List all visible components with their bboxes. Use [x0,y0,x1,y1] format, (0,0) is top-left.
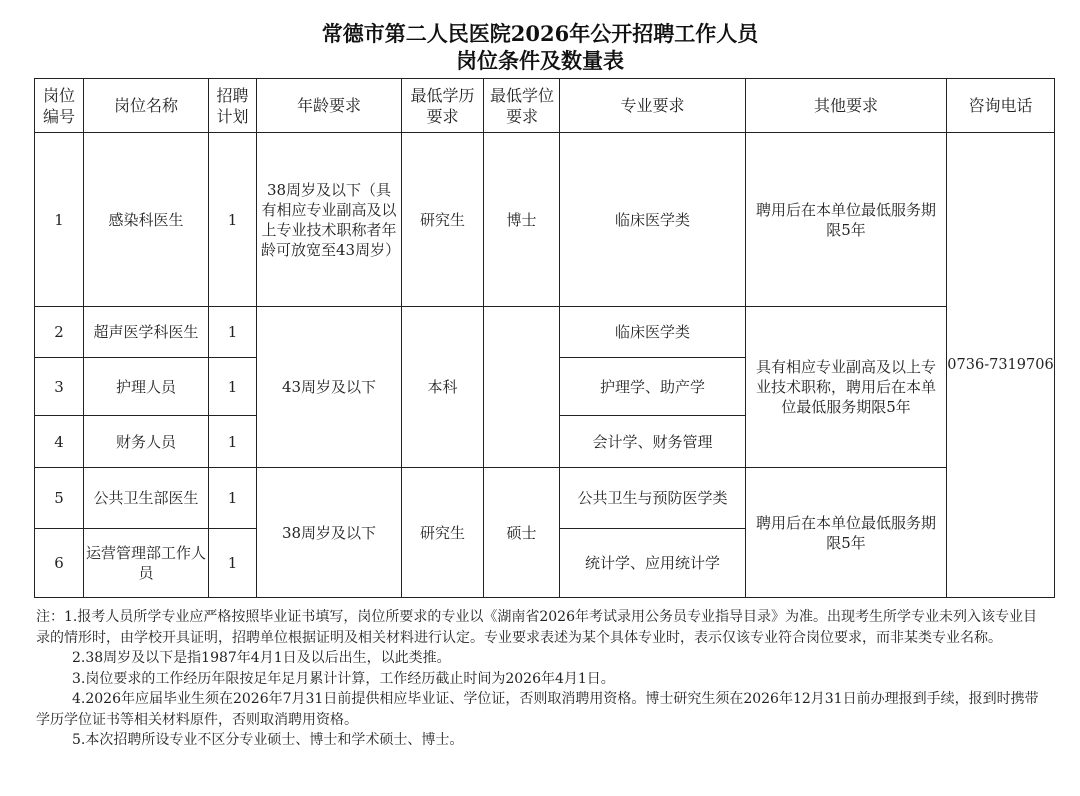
cell-name: 运营管理部工作人员 [84,529,209,598]
positions-table: 岗位编号 岗位名称 招聘计划 年龄要求 最低学历要求 最低学位要求 专业要求 其… [34,78,1055,598]
cell-name: 财务人员 [84,416,209,468]
note-2: 2.38周岁及以下是指1987年4月1日及以后出生，以此类推。 [36,648,1046,669]
note-5: 5.本次招聘所设专业不区分专业硕士、博士和学术硕士、博士。 [36,730,1046,751]
cell-id: 6 [35,529,84,598]
table-row: 1 感染科医生 1 38周岁及以下（具有相应专业副高及以上专业技术职称者年龄可放… [35,133,1055,307]
cell-major: 统计学、应用统计学 [560,529,746,598]
header-other: 其他要求 [746,79,947,133]
cell-name: 护理人员 [84,358,209,416]
cell-plan: 1 [209,133,257,307]
cell-plan: 1 [209,529,257,598]
cell-other: 聘用后在本单位最低服务期限5年 [746,468,947,598]
cell-education: 本科 [402,307,484,468]
header-major: 专业要求 [560,79,746,133]
cell-education: 研究生 [402,133,484,307]
cell-id: 3 [35,358,84,416]
cell-age: 38周岁及以下 [257,468,402,598]
header-phone: 咨询电话 [947,79,1055,133]
header-plan: 招聘计划 [209,79,257,133]
cell-major: 会计学、财务管理 [560,416,746,468]
header-age: 年龄要求 [257,79,402,133]
cell-degree: 硕士 [484,468,560,598]
cell-phone: 0736-7319706 [947,133,1055,598]
cell-id: 4 [35,416,84,468]
header-row: 岗位编号 岗位名称 招聘计划 年龄要求 最低学历要求 最低学位要求 专业要求 其… [35,79,1055,133]
cell-plan: 1 [209,468,257,529]
cell-age: 38周岁及以下（具有相应专业副高及以上专业技术职称者年龄可放宽至43周岁） [257,133,402,307]
cell-plan: 1 [209,416,257,468]
cell-degree [484,307,560,468]
cell-degree: 博士 [484,133,560,307]
table-row: 5 公共卫生部医生 1 38周岁及以下 研究生 硕士 公共卫生与预防医学类 聘用… [35,468,1055,529]
header-name: 岗位名称 [84,79,209,133]
cell-id: 2 [35,307,84,358]
cell-other: 具有相应专业副高及以上专业技术职称，聘用后在本单位最低服务期限5年 [746,307,947,468]
cell-plan: 1 [209,358,257,416]
cell-name: 超声医学科医生 [84,307,209,358]
cell-name: 感染科医生 [84,133,209,307]
cell-major: 护理学、助产学 [560,358,746,416]
header-id: 岗位编号 [35,79,84,133]
cell-education: 研究生 [402,468,484,598]
note-4: 4.2026年应届毕业生须在2026年7月31日前提供相应毕业证、学位证，否则取… [36,689,1046,730]
cell-age: 43周岁及以下 [257,307,402,468]
table-row: 2 超声医学科医生 1 43周岁及以下 本科 临床医学类 具有相应专业副高及以上… [35,307,1055,358]
header-education: 最低学历要求 [402,79,484,133]
cell-other: 聘用后在本单位最低服务期限5年 [746,133,947,307]
cell-id: 1 [35,133,84,307]
cell-id: 5 [35,468,84,529]
cell-major: 临床医学类 [560,307,746,358]
cell-major: 临床医学类 [560,133,746,307]
header-degree: 最低学位要求 [484,79,560,133]
cell-major: 公共卫生与预防医学类 [560,468,746,529]
cell-plan: 1 [209,307,257,358]
document-subtitle: 岗位条件及数量表 [0,45,1080,75]
document-title: 常德市第二人民医院2026年公开招聘工作人员 [0,18,1080,48]
note-1: 注：1.报考人员所学专业应严格按照毕业证书填写，岗位所要求的专业以《湖南省202… [36,607,1046,648]
cell-name: 公共卫生部医生 [84,468,209,529]
note-3: 3.岗位要求的工作经历年限按足年足月累计计算，工作经历截止时间为2026年4月1… [36,669,1046,690]
notes-section: 注：1.报考人员所学专业应严格按照毕业证书填写，岗位所要求的专业以《湖南省202… [36,607,1046,751]
